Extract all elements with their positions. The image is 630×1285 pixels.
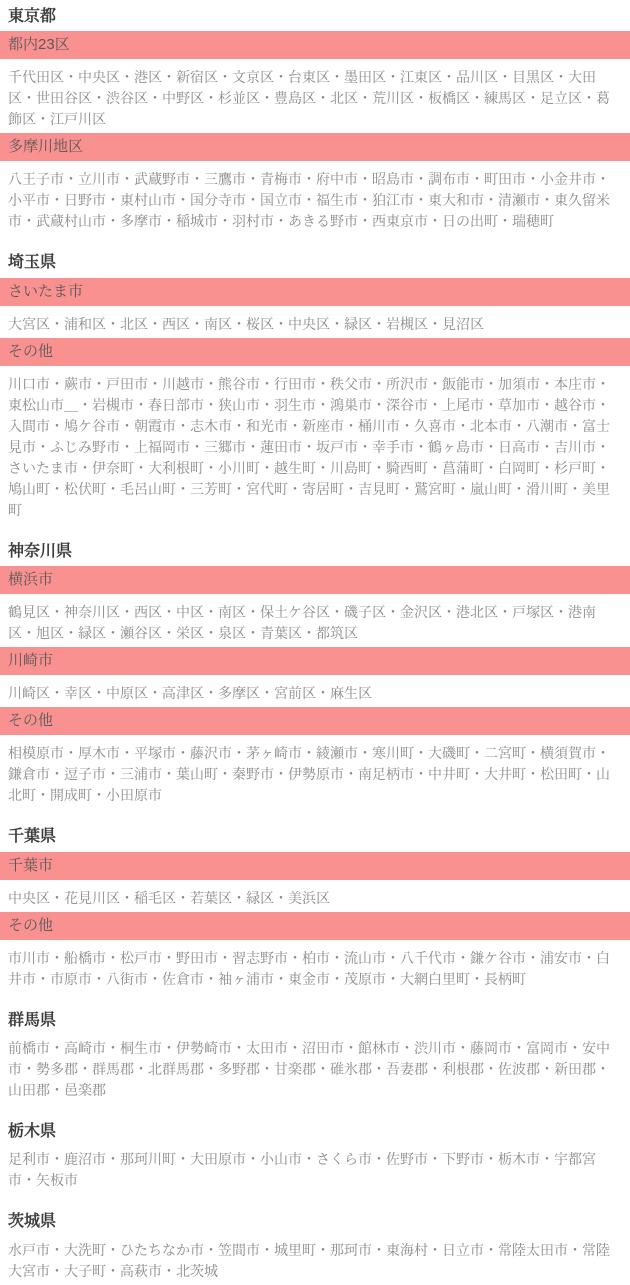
area-group-header: 多摩川地区 [0,133,630,161]
prefecture-heading: 東京都 [8,8,622,26]
area-list: 前橋市・高崎市・桐生市・伊勢崎市・太田市・沼田市・館林市・渋川市・藤岡市・富岡市… [8,1038,622,1101]
area-group: 都内23区 千代田区・中央区・港区・新宿区・文京区・台東区・墨田区・江東区・品川… [0,31,630,130]
prefecture-section-gunma: 群馬県 前橋市・高崎市・桐生市・伊勢崎市・太田市・沼田市・館林市・渋川市・藤岡市… [0,1012,630,1101]
area-list: 川崎区・幸区・中原区・高津区・多摩区・宮前区・麻生区 [8,683,622,704]
prefecture-heading: 茨城県 [8,1213,622,1231]
prefecture-heading: 栃木県 [8,1123,622,1141]
prefecture-section-tokyo: 東京都 都内23区 千代田区・中央区・港区・新宿区・文京区・台東区・墨田区・江東… [0,8,630,232]
area-list: 川口市・蕨市・戸田市・川越市・熊谷市・行田市・秩父市・所沢市・飯能市・加須市・本… [8,374,622,521]
area-group-header: 川崎市 [0,647,630,675]
area-group: 千葉市 中央区・花見川区・稲毛区・若葉区・緑区・美浜区 [0,852,630,909]
area-group: 前橋市・高崎市・桐生市・伊勢崎市・太田市・沼田市・館林市・渋川市・藤岡市・富岡市… [0,1038,630,1101]
area-group-header: 千葉市 [0,852,630,880]
area-list: 水戸市・大洗町・ひたちなか市・笠間市・城里町・那珂市・東海村・日立市・常陸太田市… [8,1240,622,1282]
area-group: 足利市・鹿沼市・那珂川町・大田原市・小山市・さくら市・佐野市・下野市・栃木市・宇… [0,1149,630,1191]
area-group: その他 市川市・船橋市・松戸市・野田市・習志野市・柏市・流山市・八千代市・鎌ケ谷… [0,912,630,990]
area-group-header: さいたま市 [0,278,630,306]
prefecture-heading: 埼玉県 [8,254,622,272]
area-group: その他 相模原市・厚木市・平塚市・藤沢市・茅ヶ崎市・綾瀬市・寒川町・大磯町・二宮… [0,707,630,806]
area-list: 足利市・鹿沼市・那珂川町・大田原市・小山市・さくら市・佐野市・下野市・栃木市・宇… [8,1149,622,1191]
area-group-header: 横浜市 [0,566,630,594]
area-list: 千代田区・中央区・港区・新宿区・文京区・台東区・墨田区・江東区・品川区・目黒区・… [8,67,622,130]
area-list: 中央区・花見川区・稲毛区・若葉区・緑区・美浜区 [8,888,622,909]
area-group: 多摩川地区 八王子市・立川市・武蔵野市・三鷹市・青梅市・府中市・昭島市・調布市・… [0,133,630,232]
prefecture-section-kanagawa: 神奈川県 横浜市 鶴見区・神奈川区・西区・中区・南区・保土ケ谷区・磯子区・金沢区… [0,543,630,806]
region-list-page: 東京都 都内23区 千代田区・中央区・港区・新宿区・文京区・台東区・墨田区・江東… [0,0,630,1282]
area-list: 八王子市・立川市・武蔵野市・三鷹市・青梅市・府中市・昭島市・調布市・町田市・小金… [8,169,622,232]
area-group: 川崎市 川崎区・幸区・中原区・高津区・多摩区・宮前区・麻生区 [0,647,630,704]
area-list: 市川市・船橋市・松戸市・野田市・習志野市・柏市・流山市・八千代市・鎌ケ谷市・浦安… [8,948,622,990]
area-list: 相模原市・厚木市・平塚市・藤沢市・茅ヶ崎市・綾瀬市・寒川町・大磯町・二宮町・横須… [8,743,622,806]
area-group: 水戸市・大洗町・ひたちなか市・笠間市・城里町・那珂市・東海村・日立市・常陸太田市… [0,1240,630,1282]
area-group: その他 川口市・蕨市・戸田市・川越市・熊谷市・行田市・秩父市・所沢市・飯能市・加… [0,338,630,521]
area-group-header: その他 [0,338,630,366]
prefecture-heading: 神奈川県 [8,543,622,561]
area-group: さいたま市 大宮区・浦和区・北区・西区・南区・桜区・中央区・緑区・岩槻区・見沼区 [0,278,630,335]
prefecture-section-saitama: 埼玉県 さいたま市 大宮区・浦和区・北区・西区・南区・桜区・中央区・緑区・岩槻区… [0,254,630,520]
prefecture-heading: 千葉県 [8,828,622,846]
area-group-header: その他 [0,912,630,940]
area-list: 大宮区・浦和区・北区・西区・南区・桜区・中央区・緑区・岩槻区・見沼区 [8,314,622,335]
prefecture-section-chiba: 千葉県 千葉市 中央区・花見川区・稲毛区・若葉区・緑区・美浜区 その他 市川市・… [0,828,630,989]
area-group-header: 都内23区 [0,31,630,59]
area-group-header: その他 [0,707,630,735]
prefecture-section-tochigi: 栃木県 足利市・鹿沼市・那珂川町・大田原市・小山市・さくら市・佐野市・下野市・栃… [0,1123,630,1191]
prefecture-heading: 群馬県 [8,1012,622,1030]
area-list: 鶴見区・神奈川区・西区・中区・南区・保土ケ谷区・磯子区・金沢区・港北区・戸塚区・… [8,602,622,644]
prefecture-section-ibaraki: 茨城県 水戸市・大洗町・ひたちなか市・笠間市・城里町・那珂市・東海村・日立市・常… [0,1213,630,1281]
area-group: 横浜市 鶴見区・神奈川区・西区・中区・南区・保土ケ谷区・磯子区・金沢区・港北区・… [0,566,630,644]
